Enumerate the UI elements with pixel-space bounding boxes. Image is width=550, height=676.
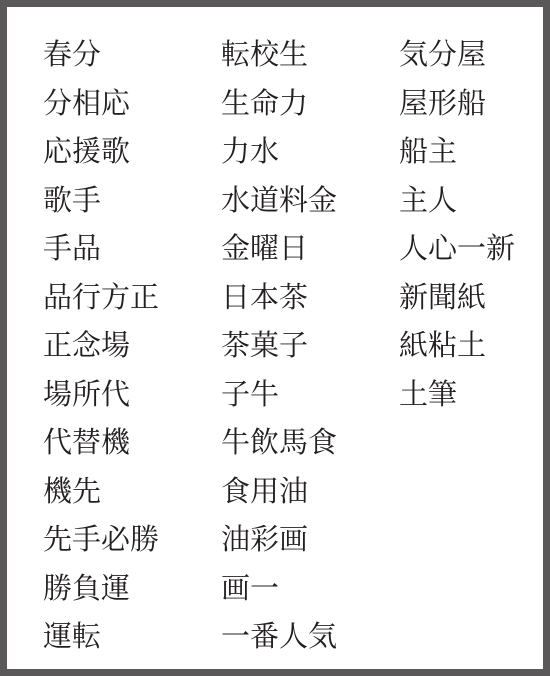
word-item: 子牛 xyxy=(221,372,337,421)
word-item: 水道料金 xyxy=(221,178,337,227)
word-item: 食用油 xyxy=(221,469,337,518)
word-item: 運転 xyxy=(43,614,159,663)
word-item: 牛飲馬食 xyxy=(221,420,337,469)
word-item: 先手必勝 xyxy=(43,517,159,566)
word-item: 正念場 xyxy=(43,323,159,372)
word-item: 手品 xyxy=(43,226,159,275)
word-item: 機先 xyxy=(43,469,159,518)
word-item: 油彩画 xyxy=(221,517,337,566)
word-item: 応援歌 xyxy=(43,129,159,178)
word-item: 代替機 xyxy=(43,420,159,469)
word-item: 力水 xyxy=(221,129,337,178)
word-item: 屋形船 xyxy=(399,81,515,130)
word-item: 土筆 xyxy=(399,372,515,421)
word-item: 茶菓子 xyxy=(221,323,337,372)
word-item: 春分 xyxy=(43,32,159,81)
word-item: 船主 xyxy=(399,129,515,178)
word-column-1: 春分 分相応 応援歌 歌手 手品 品行方正 正念場 場所代 代替機 機先 先手必… xyxy=(43,32,159,663)
word-item: 歌手 xyxy=(43,178,159,227)
word-item: 場所代 xyxy=(43,372,159,421)
word-item: 勝負運 xyxy=(43,566,159,615)
word-item: 新聞紙 xyxy=(399,275,515,324)
word-column-3: 気分屋 屋形船 船主 主人 人心一新 新聞紙 紙粘土 土筆 xyxy=(399,32,515,420)
word-item: 金曜日 xyxy=(221,226,337,275)
word-item: 品行方正 xyxy=(43,275,159,324)
word-item: 気分屋 xyxy=(399,32,515,81)
word-item: 主人 xyxy=(399,178,515,227)
word-item: 画一 xyxy=(221,566,337,615)
word-item: 転校生 xyxy=(221,32,337,81)
word-item: 紙粘土 xyxy=(399,323,515,372)
word-column-2: 転校生 生命力 力水 水道料金 金曜日 日本茶 茶菓子 子牛 牛飲馬食 食用油 … xyxy=(221,32,337,663)
word-item: 日本茶 xyxy=(221,275,337,324)
word-item: 生命力 xyxy=(221,81,337,130)
word-item: 一番人気 xyxy=(221,614,337,663)
word-item: 人心一新 xyxy=(399,226,515,275)
word-chain-frame: 春分 分相応 応援歌 歌手 手品 品行方正 正念場 場所代 代替機 機先 先手必… xyxy=(0,0,550,676)
word-item: 分相応 xyxy=(43,81,159,130)
